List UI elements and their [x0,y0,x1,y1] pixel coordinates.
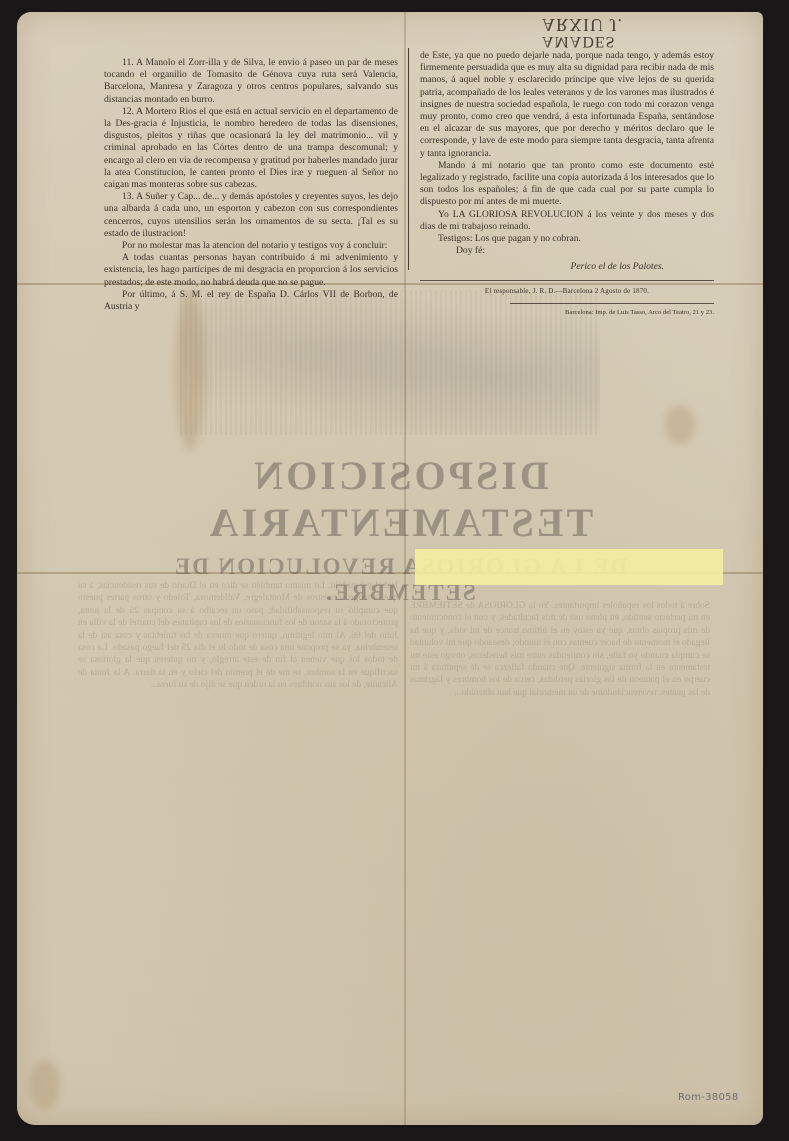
paragraph-13: 13. A Suñer y Cap... de... y demás apóst… [104,191,398,240]
imprint-press: Barcelona: Imp. de Luis Tasso, Arco del … [420,307,714,319]
bleed-through-text-right: Sobre á todos los españoles importantes.… [410,600,710,1080]
left-text-column: 11. A Manolo el Zorr-illa y de Silva, le… [104,57,398,313]
archive-stamp: AMADES ARXIU J. [542,16,623,50]
yellow-highlight-slip [415,549,723,585]
paragraph-persons: A todas cuantas personas hayan contribui… [104,252,398,289]
paragraph-gloriosa: Yo LA GLORIOSA REVOLUCION á los veinte y… [420,209,714,233]
shelfmark: Rom-38058 [678,1092,738,1103]
paragraph-12: 12. A Mortero Rios el que está en actual… [104,106,398,191]
imprint-rule [420,280,714,281]
paragraph-este: de Este, ya que no puedo dejarle nada, p… [420,50,714,160]
paragraph-notario: Mando á mi notario que tan pronto como e… [420,160,714,209]
signature: Perico el de los Palotes. [420,261,714,273]
paragraph-11: 11. A Manolo el Zorr-illa y de Silva, le… [104,57,398,106]
paragraph-doy-fe: Doy fé: [420,245,714,257]
bleed-through-title: DISPOSICION TESTAMENTARIA [100,452,700,546]
column-divider [408,48,409,270]
press-rule [510,303,714,304]
stamp-line-1: AMADES [542,33,623,50]
water-stain [665,405,695,445]
stamp-line-2: ARXIU J. [542,16,623,33]
bleed-through-text-left: Isabel y á su hijo. Lo mismo también se … [78,580,398,1080]
paragraph-conclude: Por no molestar mas la atencion del nota… [104,240,398,252]
paragraph-testigos: Testigos: Los que pagan y no cobran. [420,233,714,245]
imprint-responsible: El responsable, J. R. D.—Barcelona 2 Ago… [420,285,714,297]
water-stain [30,1060,60,1110]
right-text-column: de Este, ya que no puedo dejarle nada, p… [420,50,714,319]
paragraph-king: Por último, á S. M. el rey de España D. … [104,289,398,313]
